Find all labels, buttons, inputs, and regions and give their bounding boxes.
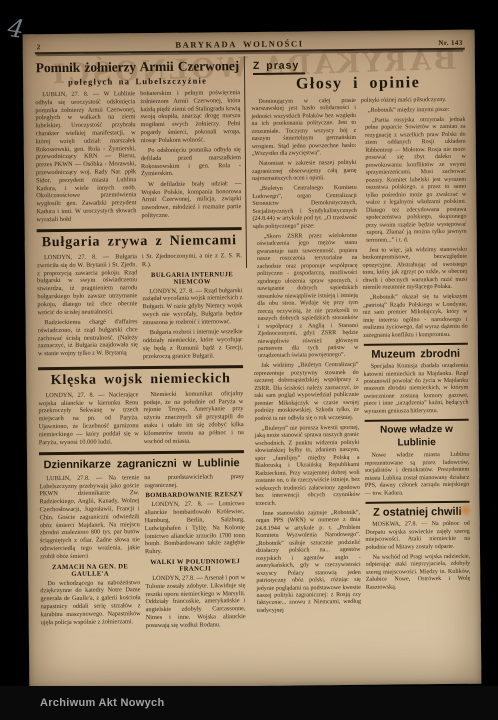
article-paragraph: Natomiast w zakresie naszej polityki zag… <box>252 160 357 184</box>
article-paragraph: „Biuletyn Centralnego Komitetu Ludowego”… <box>252 185 357 231</box>
text-column: i St. Zjednoczonymi, a nie z Z. S. R. R.… <box>142 252 243 363</box>
article-muzeum: Muzeum zbrodni Specjalna Komisja zbadała… <box>363 343 468 416</box>
article-subhead: WALKI W POŁUDNIOWEJ FRANCJI <box>145 558 245 573</box>
article-paragraph: LUBLIN, 27. 8. — W Lublinie odbyła się u… <box>35 90 136 224</box>
article-paragraph: LONDYN, 27. 8. — Lotnictwo alianckie bom… <box>144 501 245 557</box>
archive-scan-viewer: 4 BARYKADA WOLNOŚCI 2 BARYKADA WOLNOŚCI … <box>0 0 498 720</box>
article-title: Klęska wojsk niemieckich <box>38 371 243 389</box>
article-title-text: Z ostatniej chwili <box>373 506 462 519</box>
text-column: na przedstawicielach prasy zagranicznej.… <box>144 473 246 632</box>
article-title: Z ostatniej chwili <box>365 506 470 519</box>
left-page-half: Pomnik żołnierzy Armii Czerwonej poległy… <box>35 56 246 633</box>
article-paragraph: Niemiecki komunikat oficjalny podaje, że… <box>143 390 244 446</box>
page-number: 2 <box>37 43 41 51</box>
article-title: Głosy i opinie <box>251 74 465 94</box>
article-paragraph: „Robotnik” okazał się tu większym „patri… <box>363 294 468 340</box>
viewer-bottom-bar: Archiwum Akt Nowych <box>0 686 498 720</box>
article-ostatnia-chwila: Z ostatniej chwili MOSKWA, 27.8. — Na pó… <box>365 501 470 592</box>
article-subhead: BOMBARDOWANIE RZESZY <box>144 492 244 500</box>
article-subhead: BUŁGARIA INTERNUJE NIEMCÓW <box>142 271 242 286</box>
right-page-half: Z prasy Głosy i opinie Dominującym w cał… <box>247 54 471 631</box>
text-column: Niemiecki komunikat oficjalny podaje, że… <box>143 390 244 448</box>
article-subhead: ZAMACH NA GEN. DE GAULLE'A <box>40 563 140 578</box>
article-dziennikarze: Dziennikarze zagraniczni w Lublinie LUBL… <box>39 450 246 633</box>
article-kleska: Klęska wojsk niemieckich LONDYN, 27. 8. … <box>38 365 244 449</box>
article-paragraph: LONDYN, 27. 8. — Bułgaria zwróciła się d… <box>37 253 138 316</box>
article-paragraph: LUBLIN, 27.8. — Na terenie Lubelszczyzny… <box>39 474 140 561</box>
article-paragraph: Inne stanowisko zajmuje „Robotnik”, orga… <box>256 510 362 616</box>
text-column: LUBLIN, 27.8. — Na terenie Lubelszczyzny… <box>39 474 141 633</box>
article-paragraph: i St. Zjednoczonymi, a nie z Z. S. R. R.… <box>142 252 242 269</box>
article-paragraph: „Biuletyn” nie porusza kwestii spornej, … <box>255 425 360 508</box>
running-head: 2 BARYKADA WOLNOŚCI Nr. 143 <box>35 35 465 55</box>
paper-stain <box>458 504 474 517</box>
article-title: Bułgaria zrywa z Niemcami <box>37 233 242 251</box>
article-title: Pomnik żołnierzy Armii Czerwonej <box>35 58 240 76</box>
article-paragraph: Dominującym w całej prasie warszawskiej … <box>251 98 356 159</box>
article-paragraph: LONDYN, 27.8. — Arsenał i port w Tulonie… <box>145 574 246 630</box>
article-paragraph: Do wchodzącego na nabożeństwo dziękczynn… <box>40 579 140 627</box>
archive-name-label: Archiwum Akt Nowych <box>40 697 164 709</box>
newspaper-page-scan[interactable]: BARYKADA WOLNOŚCI 2 BARYKADA WOLNOŚCI Nr… <box>23 30 482 689</box>
article-paragraph: W defiladzie brały udział: — Wojsko Pols… <box>141 180 241 220</box>
article-paragraph: na przedstawicielach prasy zagranicznej. <box>144 473 244 490</box>
article-paragraph: „Robotnik” między innymi pisze: <box>361 107 466 116</box>
text-column: LONDYN, 27. 8. — Bułgaria zwróciła się d… <box>37 253 138 364</box>
article-paragraph: Specjalna Komisja zbadała urządzenia kat… <box>364 363 469 416</box>
article-paragraph: Jest to więc, jak widzimy stanowisko bez… <box>362 246 467 292</box>
article-paragraph: LONDYN, 27. 8. — Nacierające wojska alia… <box>38 391 139 447</box>
article-paragraph: MOSKWA, 27.8. — Na północ od Dorpatu woj… <box>365 521 470 552</box>
article-quote: „Skoro ZSRR przez wielokrotne oświadczen… <box>257 233 359 361</box>
section-kicker: Z prasy <box>253 59 306 75</box>
article-paragraph: Radzieckiemu chargé d'affaires oświadczo… <box>38 318 138 358</box>
article-wladze: Nowe władze w Lublinie Nowe władze miast… <box>364 419 469 498</box>
article-paragraph: polityki różnej maści piłsudczyzny. <box>361 97 466 106</box>
article-paragraph: LONDYN, 27. 8. — Rząd bułgarski zażądał … <box>142 287 242 327</box>
article-title: Dziennikarze zagraniczni w Lublinie <box>39 457 244 471</box>
article-paragraph: Nowe władze miasta Lublina reprezentowan… <box>364 452 469 498</box>
text-column: bohaterskim i pełnym poświęcenia żołnier… <box>140 89 241 225</box>
article-bulgaria: Bułgaria zrywa z Niemcami LONDYN, 27. 8.… <box>37 227 243 364</box>
article-paragraph: Na wschód od Pragi wojska radzieckie, od… <box>366 553 471 592</box>
article-paragraph: Bułgaria rozbroi i internuje wszelkie od… <box>143 328 243 360</box>
article-paragraph: Jak widzimy „Biuletyn Centralizacji” rep… <box>254 362 359 423</box>
text-column: Dominującym w całej prasie warszawskiej … <box>251 98 361 618</box>
article-quote: „Partia rosyjska otrzymała jednak pełne … <box>365 117 467 245</box>
article-paragraph: bohaterskim i pełnym poświęcenia żołnier… <box>140 89 241 145</box>
article-title: Muzeum zbrodni <box>363 348 468 361</box>
article-title: Nowe władze w Lublinie <box>364 424 469 450</box>
text-column: LUBLIN, 27. 8. — W Lublinie odbyła się u… <box>35 90 136 226</box>
issue-number: Nr. 143 <box>438 39 462 47</box>
masthead-title: BARYKADA WOLNOŚCI <box>175 38 303 49</box>
article-paragraph: Po odsłonięciu pomnika odbyła się defila… <box>141 146 241 178</box>
article-pomnik: Pomnik żołnierzy Armii Czerwonej poległy… <box>35 58 242 226</box>
article-subtitle: poległych na Lubelszczyźnie <box>35 75 240 87</box>
text-column: polityki różnej maści piłsudczyzny. „Rob… <box>361 97 471 617</box>
text-column: LONDYN, 27. 8. — Nacierające wojska alia… <box>38 391 139 449</box>
